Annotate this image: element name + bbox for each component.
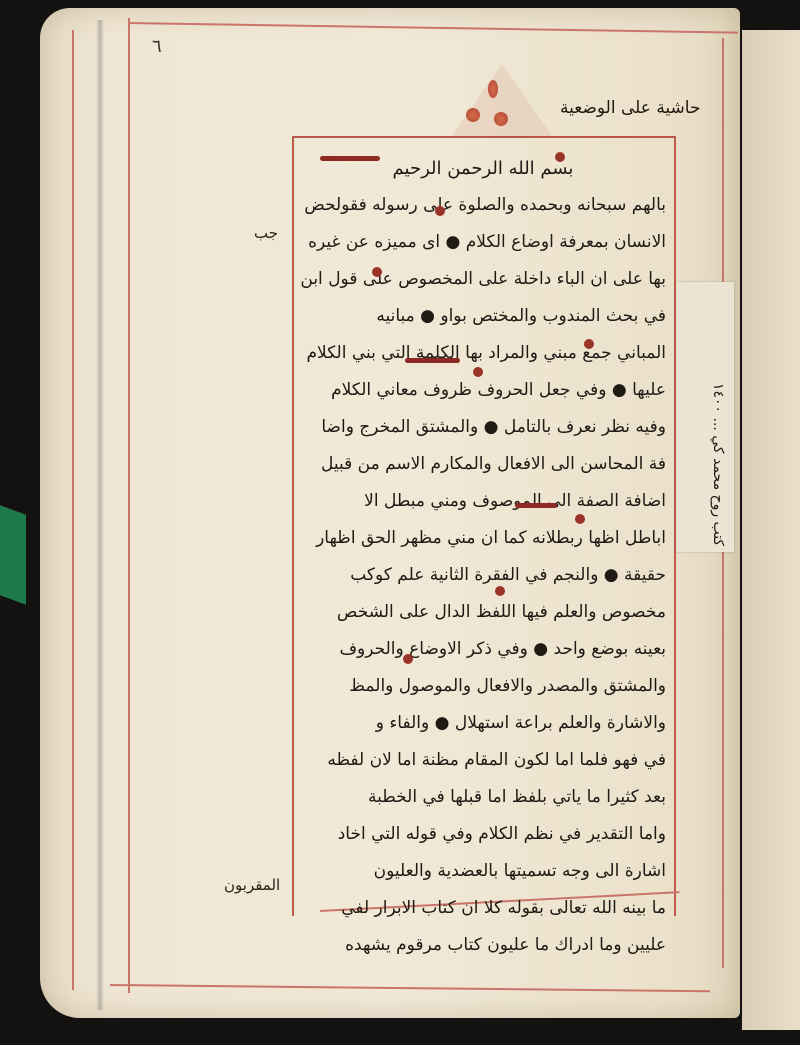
text-line: اباطل اظها ربطلانه كما ان مني مظهر الحق …: [300, 520, 666, 557]
title-heading: حاشية على الوضعية: [560, 98, 701, 118]
text-line: الانسان بمعرفة اوضاع الكلام ● اى مميزه ع…: [300, 224, 666, 261]
rubric-dot: [403, 654, 413, 664]
text-line: وفيه نظر نعرف بالتامل ● والمشتق المخرج و…: [300, 409, 666, 446]
margin-rule-left: [128, 18, 130, 993]
folio-number: ٦: [152, 36, 162, 57]
text-line: واما التقدير في نظم الكلام وفي قوله التي…: [300, 816, 666, 853]
text-line: مخصوص والعلم فيها اللفظ الدال على الشخص: [300, 594, 666, 631]
text-line: حقيقة ● والنجم في الفقرة الثانية علم كوك…: [300, 557, 666, 594]
green-bookmark-tab: [0, 505, 26, 604]
rubric-dot: [584, 339, 594, 349]
rubric-dot: [575, 514, 585, 524]
text-line: اشارة الى وجه تسميتها بالعضدية والعليون: [300, 853, 666, 890]
text-line: بعينه بوضع واحد ● وفي ذكر الاوضاع والحرو…: [300, 631, 666, 668]
ornament-finial: [488, 80, 498, 98]
text-line: في فهو فلما اما لكون المقام مظنة اما لان…: [300, 742, 666, 779]
text-line: والمشتق والمصدر والافعال والموصول والمظ: [300, 668, 666, 705]
text-line: في بحث المندوب والمختص بواو ● مبانيه: [300, 298, 666, 335]
text-line: فة المحاسن الى الافعال والمكارم الاسم من…: [300, 446, 666, 483]
slip-note: كتب روح محمد كي ... ١٤٠٠: [682, 290, 726, 546]
margin-rule-outer-left: [72, 30, 74, 990]
fold-crease: [96, 20, 104, 1010]
text-line: ما بينه الله تعالى بقوله كلا ان كتاب الا…: [300, 890, 666, 927]
rubric-overline: [320, 156, 380, 161]
text-line: اضافة الصفة الى الموصوف ومني مبطل الا: [300, 483, 666, 520]
text-line: بها على ان الباء داخلة على المخصوص على ق…: [300, 261, 666, 298]
ornament-dot: [466, 108, 480, 122]
rubric-overline: [515, 503, 557, 508]
rubric-overline: [405, 358, 460, 363]
catchword: المقربون: [224, 876, 280, 894]
text-line: عليها ● وفي جعل الحروف ظروف معاني الكلام: [300, 372, 666, 409]
text-line: بالهم سبحانه وبحمده والصلوة على رسوله فق…: [300, 187, 666, 224]
main-text-block: بسم الله الرحمن الرحيم بالهم سبحانه وبحم…: [300, 150, 666, 964]
rubric-dot: [372, 267, 382, 277]
text-line: بعد كثيرا ما ياتي بلفظ اما قبلها في الخط…: [300, 779, 666, 816]
rubric-dot: [473, 367, 483, 377]
text-line: المباني جمع مبني والمراد بها الكلمة التي…: [300, 335, 666, 372]
text-line: والاشارة والعلم براعة استهلال ● والفاء و: [300, 705, 666, 742]
rubric-dot: [555, 152, 565, 162]
ornament-dot: [494, 112, 508, 126]
rubric-dot: [495, 586, 505, 596]
margin-note-left: جب: [254, 224, 278, 242]
rubric-dot: [435, 206, 445, 216]
facing-page-edge: [742, 30, 800, 1030]
text-line: عليين وما ادراك ما عليون كتاب مرقوم يشهد…: [300, 927, 666, 964]
